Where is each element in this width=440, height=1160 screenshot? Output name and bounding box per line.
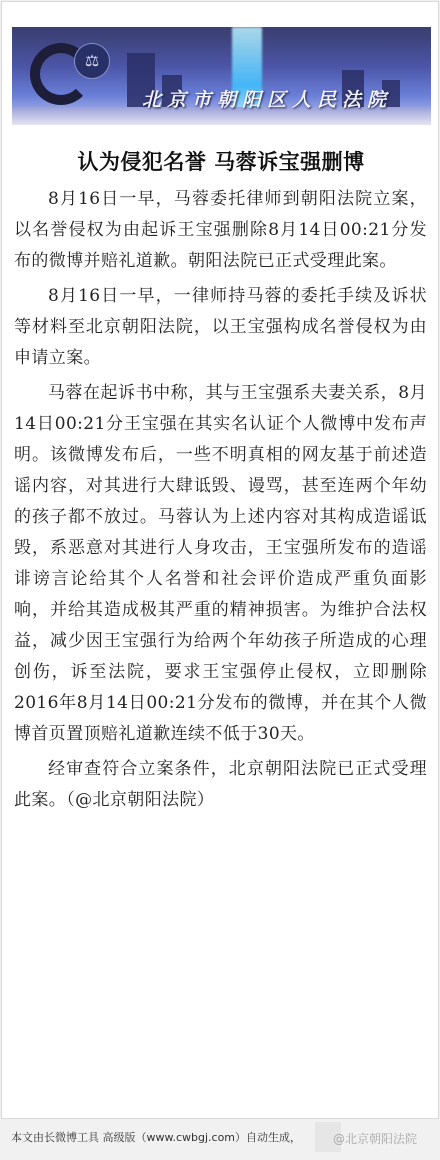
long-weibo-page: ⚖ 北京市朝阳区人民法院 认为侵犯名誉 马蓉诉宝强删博 8月16日一早，马蓉委托…	[1, 1, 439, 1119]
article-body: 8月16日一早，马蓉委托律师到朝阳法院立案，以名誉侵权为由起诉王宝强删除8月14…	[14, 184, 427, 820]
generator-footer: 本文由长微博工具 高级版（www.cwbgj.com）自动生成，	[11, 1129, 301, 1145]
watermark-text: @北京朝阳法院	[333, 1118, 417, 1160]
paragraph: 经审查符合立案条件，北京朝阳法院已正式受理此案。（@北京朝阳法院）	[14, 754, 427, 816]
paragraph: 8月16日一早，马蓉委托律师到朝阳法院立案，以名誉侵权为由起诉王宝强删除8月14…	[14, 184, 427, 277]
court-emblem-icon: ⚖	[74, 43, 110, 79]
article-title: 认为侵犯名誉 马蓉诉宝强删博	[2, 146, 440, 176]
court-name: 北京市朝阳区人民法院	[142, 85, 392, 112]
paragraph: 8月16日一早，一律师持马蓉的委托手续及诉状等材料至北京朝阳法院，以王宝强构成名…	[14, 281, 427, 374]
court-banner-image: ⚖ 北京市朝阳区人民法院	[12, 27, 431, 125]
paragraph: 马蓉在起诉书中称，其与王宝强系夫妻关系，8月14日00:21分王宝强在其实名认证…	[14, 378, 427, 750]
weibo-watermark: @北京朝阳法院	[315, 1118, 440, 1160]
